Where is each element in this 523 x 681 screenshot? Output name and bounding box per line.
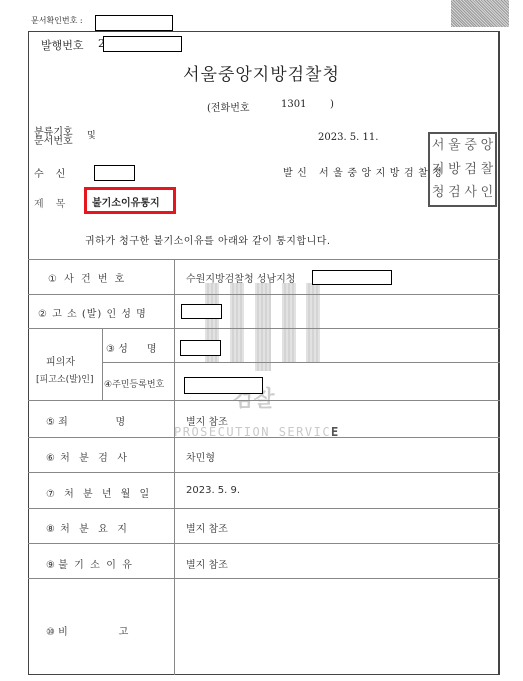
seal-glyph: 찰 — [479, 158, 495, 182]
row-label-prosecutor: ⑥ 처 분 검 사 — [46, 449, 128, 464]
row-label-suspect-name: ③ 성 명 — [106, 340, 157, 355]
qr-code-icon — [451, 0, 509, 27]
seal-glyph: 지 — [430, 158, 446, 182]
row-label-disposition-summary: ⑧ 처 분 요 지 — [46, 520, 128, 535]
subject-text: 불기소이유통지 — [92, 194, 160, 209]
seal-glyph: 앙 — [479, 134, 495, 158]
subject-label: 제목 — [34, 195, 77, 210]
row-label-offense: ⑤ 죄 명 — [46, 413, 125, 428]
prosecution-logo-watermark-icon — [205, 283, 320, 363]
row-value-offense: 별지 참조 — [186, 413, 228, 428]
row-label-non-indictment-reason: ⑨ 불 기 소 이 유 — [46, 556, 132, 571]
issue-number-label: 발행번호 — [41, 37, 84, 53]
resident-number-redaction — [184, 377, 263, 394]
seal-glyph: 검 — [446, 181, 462, 205]
table-divider — [102, 362, 500, 363]
phone-close-paren: ) — [330, 99, 334, 110]
recipient-label: 수신 — [34, 165, 77, 180]
notice-sentence: 귀하가 청구한 불기소이유를 아래와 같이 통지합니다. — [85, 232, 331, 247]
classification-conj: 및 — [87, 128, 96, 141]
table-divider — [28, 472, 500, 473]
recipient-redaction — [94, 165, 135, 181]
suspect-group-label: 피의자 — [46, 353, 75, 368]
table-divider — [28, 578, 500, 579]
suspect-name-redaction — [180, 340, 221, 356]
seal-glyph: 서 — [430, 134, 446, 158]
suspect-group-sublabel: [피고소(발)인] — [36, 372, 94, 385]
row-value-non-indictment-reason: 별지 참조 — [186, 556, 228, 571]
table-divider — [28, 400, 500, 401]
table-divider — [28, 508, 500, 509]
phone-number: 1301 — [281, 99, 306, 110]
table-subcolumn-divider — [102, 328, 103, 400]
row-value-case-number: 수원지방검찰청 성남지청 — [186, 270, 295, 285]
agency-title: 서울중앙지방검찰청 — [0, 60, 523, 85]
sender-label: 발신 서울중앙지방검찰청 — [283, 164, 446, 179]
seal-glyph: 청 — [430, 181, 446, 205]
table-divider — [28, 328, 500, 329]
row-value-prosecutor: 차민형 — [186, 449, 215, 464]
issue-number-redaction — [103, 36, 182, 52]
row-label-remarks: ⑩ 비 고 — [46, 623, 128, 638]
phone-label: (전화번호 — [207, 99, 250, 114]
official-seal-stamp-icon: 서울중앙지방검찰청검사인 — [428, 132, 497, 207]
classification-label: 분류기호 문서번호 — [34, 128, 84, 146]
doc-check-number-redaction — [95, 15, 173, 31]
row-label-complainant: ② 고 소 (발) 인 성 명 — [38, 305, 147, 320]
seal-glyph: 인 — [479, 181, 495, 205]
table-divider — [28, 259, 500, 260]
table-divider — [28, 294, 500, 295]
seal-glyph: 검 — [463, 158, 479, 182]
seal-glyph: 방 — [446, 158, 462, 182]
seal-glyph: 사 — [463, 181, 479, 205]
table-column-divider — [174, 259, 175, 675]
case-number-redaction — [312, 270, 392, 285]
complainant-redaction — [181, 304, 222, 319]
row-label-resident-number: ④주민등록번호 — [104, 377, 164, 390]
row-label-case-number: ① 사 건 번 호 — [48, 270, 126, 285]
row-value-disposition-date: 2023. 5. 9. — [186, 485, 240, 496]
row-label-disposition-date: ⑦ 처 분 년 월 일 — [46, 485, 152, 500]
document-date: 2023. 5. 11. — [318, 132, 378, 143]
table-divider — [28, 437, 500, 438]
doc-check-number-label: 문서확인번호 : — [31, 15, 83, 26]
row-value-disposition-summary: 별지 참조 — [186, 520, 228, 535]
seal-glyph: 울 — [446, 134, 462, 158]
seal-glyph: 중 — [463, 134, 479, 158]
table-divider — [28, 543, 500, 544]
